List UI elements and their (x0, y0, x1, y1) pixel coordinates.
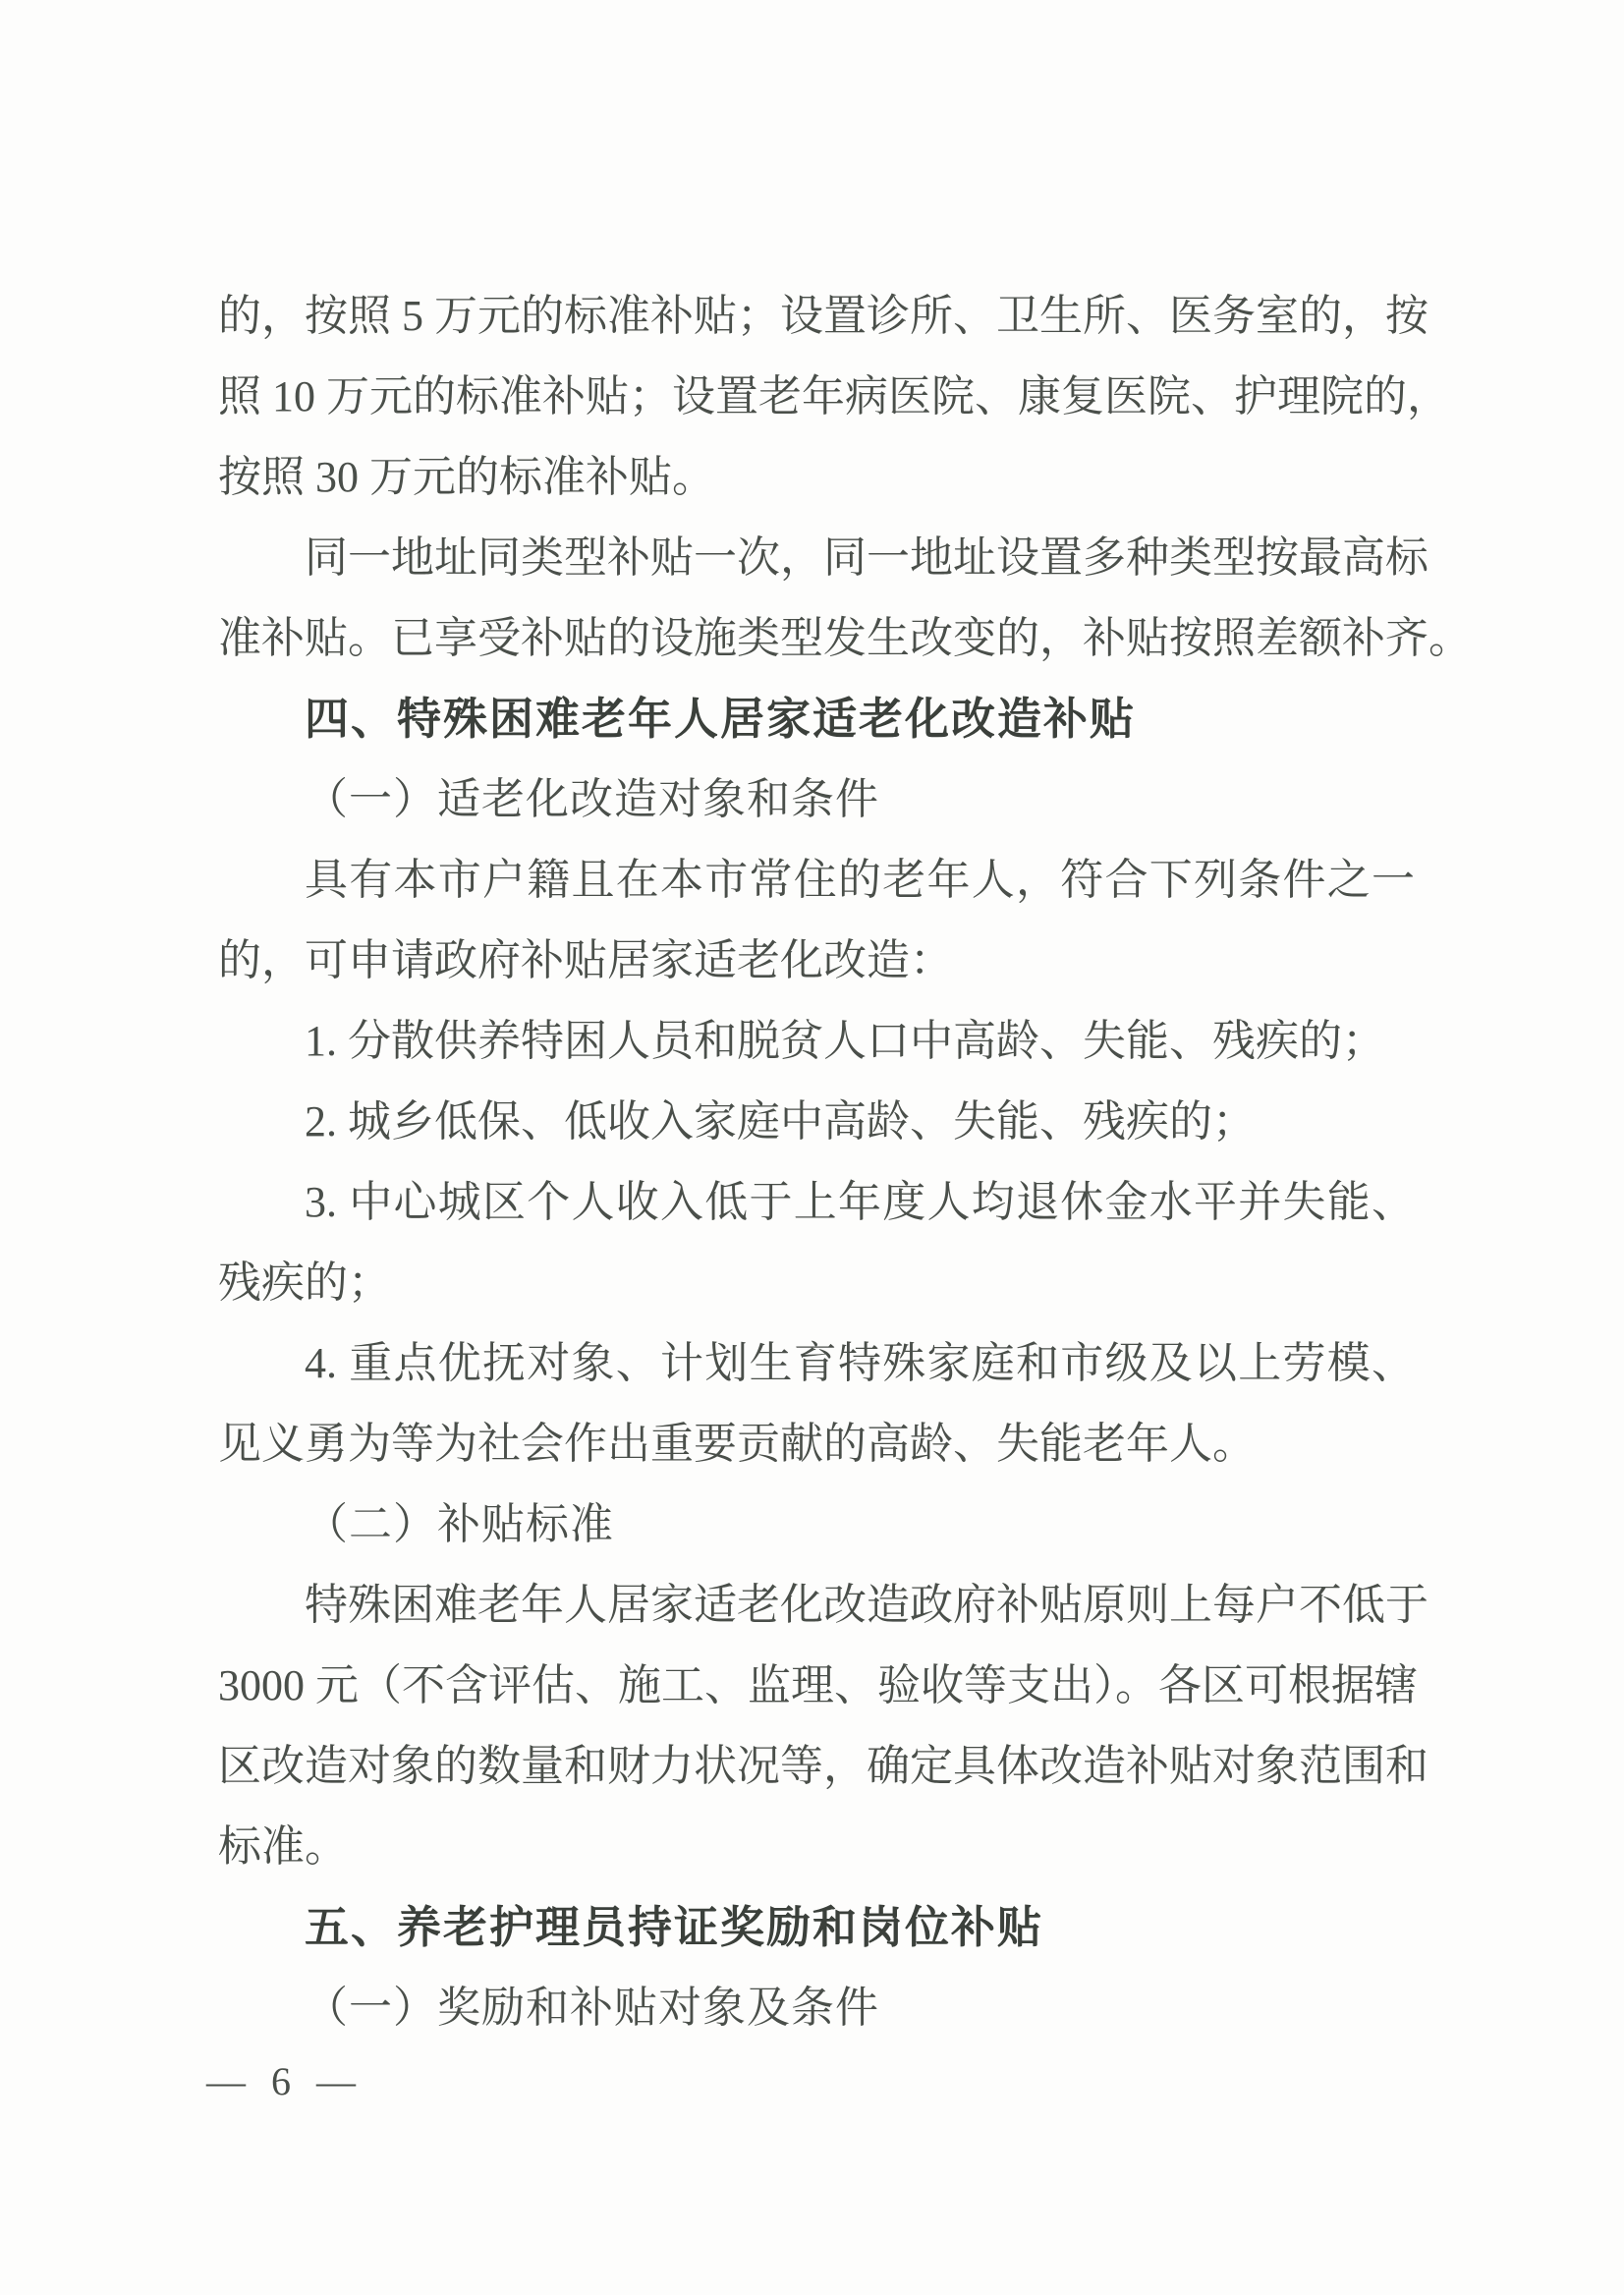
body-text-line: 见义勇为等为社会作出重要贡献的高龄、失能老年人。 (218, 1404, 1415, 1484)
body-text-line: 3. 中心城区个人收入低于上年度人均退休金水平并失能、 (218, 1162, 1415, 1243)
body-text-line: 2. 城乡低保、低收入家庭中高龄、失能、残疾的； (218, 1082, 1415, 1162)
body-text-line: 3000 元（不含评估、施工、监理、验收等支出）。各区可根据辖 (218, 1646, 1415, 1726)
body-text-line: 具有本市户籍且在本市常住的老年人，符合下列条件之一 (218, 840, 1415, 921)
section-heading: 四、特殊困难老年人居家适老化改造补贴 (218, 679, 1415, 759)
body-text-line: 标准。 (218, 1807, 1415, 1887)
subsection-heading: （一）适老化改造对象和条件 (218, 759, 1415, 840)
page-number: — 6 — (206, 2058, 364, 2104)
body-text-line: 的，按照 5 万元的标准补贴；设置诊所、卫生所、医务室的，按 (218, 276, 1415, 357)
body-text-line: 准补贴。已享受补贴的设施类型发生改变的，补贴按照差额补齐。 (218, 598, 1415, 679)
body-text-line: 1. 分散供养特困人员和脱贫人口中高龄、失能、残疾的； (218, 1001, 1415, 1082)
subsection-heading: （二）补贴标准 (218, 1484, 1415, 1565)
body-text-line: 按照 30 万元的标准补贴。 (218, 437, 1415, 518)
subsection-heading: （一）奖励和补贴对象及条件 (218, 1968, 1415, 2048)
body-text-line: 照 10 万元的标准补贴；设置老年病医院、康复医院、护理院的， (218, 357, 1415, 437)
body-text-line: 同一地址同类型补贴一次，同一地址设置多种类型按最高标 (218, 518, 1415, 598)
body-text-line: 特殊困难老年人居家适老化改造政府补贴原则上每户不低于 (218, 1565, 1415, 1646)
document-page: 的，按照 5 万元的标准补贴；设置诊所、卫生所、医务室的，按照 10 万元的标准… (0, 0, 1624, 2295)
document-text: 的，按照 5 万元的标准补贴；设置诊所、卫生所、医务室的，按照 10 万元的标准… (218, 276, 1415, 2048)
body-text-line: 4. 重点优抚对象、计划生育特殊家庭和市级及以上劳模、 (218, 1323, 1415, 1404)
body-text-line: 区改造对象的数量和财力状况等，确定具体改造补贴对象范围和 (218, 1726, 1415, 1807)
section-heading: 五、养老护理员持证奖励和岗位补贴 (218, 1887, 1415, 1968)
page-footer: — 6 — (206, 2051, 364, 2110)
body-text-line: 残疾的； (218, 1243, 1415, 1323)
body-text-line: 的，可申请政府补贴居家适老化改造： (218, 921, 1415, 1001)
